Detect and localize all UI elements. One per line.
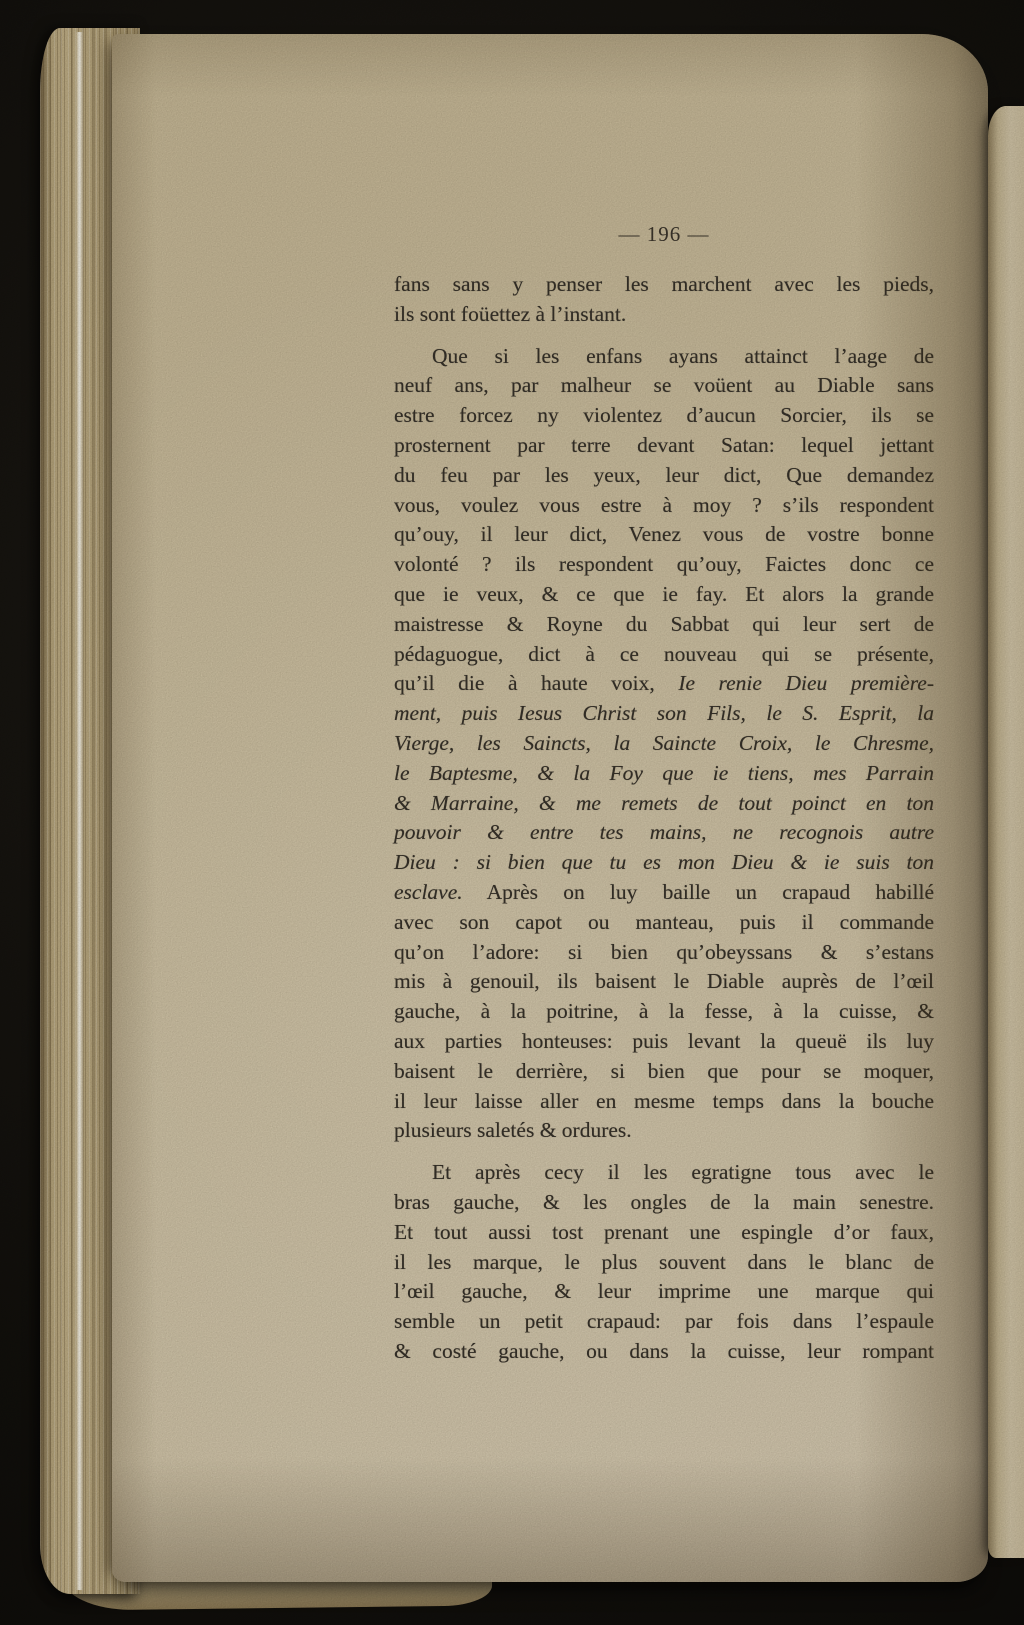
text-segment: Que si les enfans ayans attainct l’aage … [432,344,934,368]
text-line: avec son capot ou manteau, puis il comma… [394,908,934,938]
text-segment: Vierge, les Saincts, la Saincte Croix, l… [394,731,934,755]
text-line: & costé gauche, ou dans la cuisse, leur … [394,1337,934,1367]
text-segment: mis à genouil, ils baisent le Diable aup… [394,969,934,993]
text-segment: esclave. [394,880,463,904]
book-page: — 196 — fans sans y penser les marchent … [112,34,988,1582]
text-line: esclave. Après on luy baille un crapaud … [394,878,934,908]
text-segment: qu’ouy, il leur dict, Venez vous de vost… [394,522,934,546]
text-line: gauche, à la poitrine, à la fesse, à la … [394,997,934,1027]
text-segment: aux parties honteuses: puis levant la qu… [394,1029,934,1053]
text-line: qu’ouy, il leur dict, Venez vous de vost… [394,520,934,550]
text-line: aux parties honteuses: puis levant la qu… [394,1027,934,1057]
page-number: — 196 — [394,222,934,247]
text-line: bras gauche, & les ongles de la main sen… [394,1188,934,1218]
text-line: qu’on l’adore: si bien qu’obeyssans & s’… [394,938,934,968]
text-segment: du feu par les yeux, leur dict, Que dema… [394,463,934,487]
text-line: que ie veux, & ce que ie fay. Et alors l… [394,580,934,610]
text-segment: pédaguogue, dict à ce nouveau qui se pré… [394,642,934,666]
text-line: prosternent par terre devant Satan: lequ… [394,431,934,461]
text-line: pédaguogue, dict à ce nouveau qui se pré… [394,640,934,670]
text-segment: qu’on l’adore: si bien qu’obeyssans & s’… [394,940,934,964]
text-line: Vierge, les Saincts, la Saincte Croix, l… [394,729,934,759]
text-line: il les marque, le plus souvent dans le b… [394,1248,934,1278]
text-line: estre forcez ny violentez d’aucun Sorcie… [394,401,934,431]
text-line: plusieurs saletés & ordures. [394,1116,934,1146]
text-segment: Et tout aussi tost prenant une espingle … [394,1220,934,1244]
text-segment: le Baptesme, & la Foy que ie tiens, mes … [394,761,934,785]
adjacent-page-edge [988,106,1024,1558]
text-segment: neuf ans, par malheur se voüent au Diabl… [394,373,934,397]
text-segment: il leur laisse aller en mesme temps dans… [394,1089,934,1113]
text-line: vous, voulez vous estre à moy ? s’ils re… [394,491,934,521]
text-line: ils sont foüettez à l’instant. [394,300,934,330]
text-segment: Et après cecy il les egratigne tous avec… [432,1160,934,1184]
text-segment: baisent le derrière, si bien que pour se… [394,1059,934,1083]
text-line: maistresse & Royne du Sabbat qui leur se… [394,610,934,640]
text-segment: l’œil gauche, & leur imprime une marque … [394,1279,934,1303]
text-segment: ils sont foüettez à l’instant. [394,302,626,326]
page-text: fans sans y penser les marchent avec les… [394,270,934,1367]
text-segment: qu’il die à haute voix, [394,671,678,695]
text-line: Et après cecy il les egratigne tous avec… [394,1158,934,1188]
text-segment: vous, voulez vous estre à moy ? s’ils re… [394,493,934,517]
text-segment: semble un petit crapaud: par fois dans l… [394,1309,934,1333]
text-segment: Dieu : si bien que tu es mon Dieu & ie s… [394,850,934,874]
text-line: & Marraine, & me remets de tout poinct e… [394,789,934,819]
text-line: neuf ans, par malheur se voüent au Diabl… [394,371,934,401]
text-line: ment, puis Iesus Christ son Fils, le S. … [394,699,934,729]
text-segment: fans sans y penser les marchent avec les… [394,272,934,296]
text-segment: & costé gauche, ou dans la cuisse, leur … [394,1339,934,1363]
text-segment: prosternent par terre devant Satan: lequ… [394,433,934,457]
text-segment: bras gauche, & les ongles de la main sen… [394,1190,934,1214]
text-line: pouvoir & entre tes mains, ne recognois … [394,818,934,848]
text-line: semble un petit crapaud: par fois dans l… [394,1307,934,1337]
text-segment: volonté ? ils respondent qu’ouy, Faictes… [394,552,934,576]
text-segment: estre forcez ny violentez d’aucun Sorcie… [394,403,934,427]
text-line: l’œil gauche, & leur imprime une marque … [394,1277,934,1307]
text-line: qu’il die à haute voix, Ie renie Dieu pr… [394,669,934,699]
text-segment: ment, puis Iesus Christ son Fils, le S. … [394,701,934,725]
text-line: Et tout aussi tost prenant une espingle … [394,1218,934,1248]
text-segment: que ie veux, & ce que ie fay. Et alors l… [394,582,934,606]
text-line: volonté ? ils respondent qu’ouy, Faictes… [394,550,934,580]
text-segment: pouvoir & entre tes mains, ne recognois … [394,820,934,844]
text-segment: gauche, à la poitrine, à la fesse, à la … [394,999,934,1023]
text-line: du feu par les yeux, leur dict, Que dema… [394,461,934,491]
text-segment: Ie renie Dieu première- [678,671,934,695]
text-line: Que si les enfans ayans attainct l’aage … [394,342,934,372]
text-segment: & Marraine, & me remets de tout poinct e… [394,791,934,815]
text-line: mis à genouil, ils baisent le Diable aup… [394,967,934,997]
text-line: il leur laisse aller en mesme temps dans… [394,1087,934,1117]
text-segment: avec son capot ou manteau, puis il comma… [394,910,934,934]
text-line: fans sans y penser les marchent avec les… [394,270,934,300]
text-line: baisent le derrière, si bien que pour se… [394,1057,934,1087]
text-segment: maistresse & Royne du Sabbat qui leur se… [394,612,934,636]
text-segment: il les marque, le plus souvent dans le b… [394,1250,934,1274]
text-line: le Baptesme, & la Foy que ie tiens, mes … [394,759,934,789]
text-line: Dieu : si bien que tu es mon Dieu & ie s… [394,848,934,878]
book-photo: — 196 — fans sans y penser les marchent … [0,0,1024,1625]
text-segment: plusieurs saletés & ordures. [394,1118,632,1142]
text-segment: Après on luy baille un crapaud habillé [463,880,934,904]
